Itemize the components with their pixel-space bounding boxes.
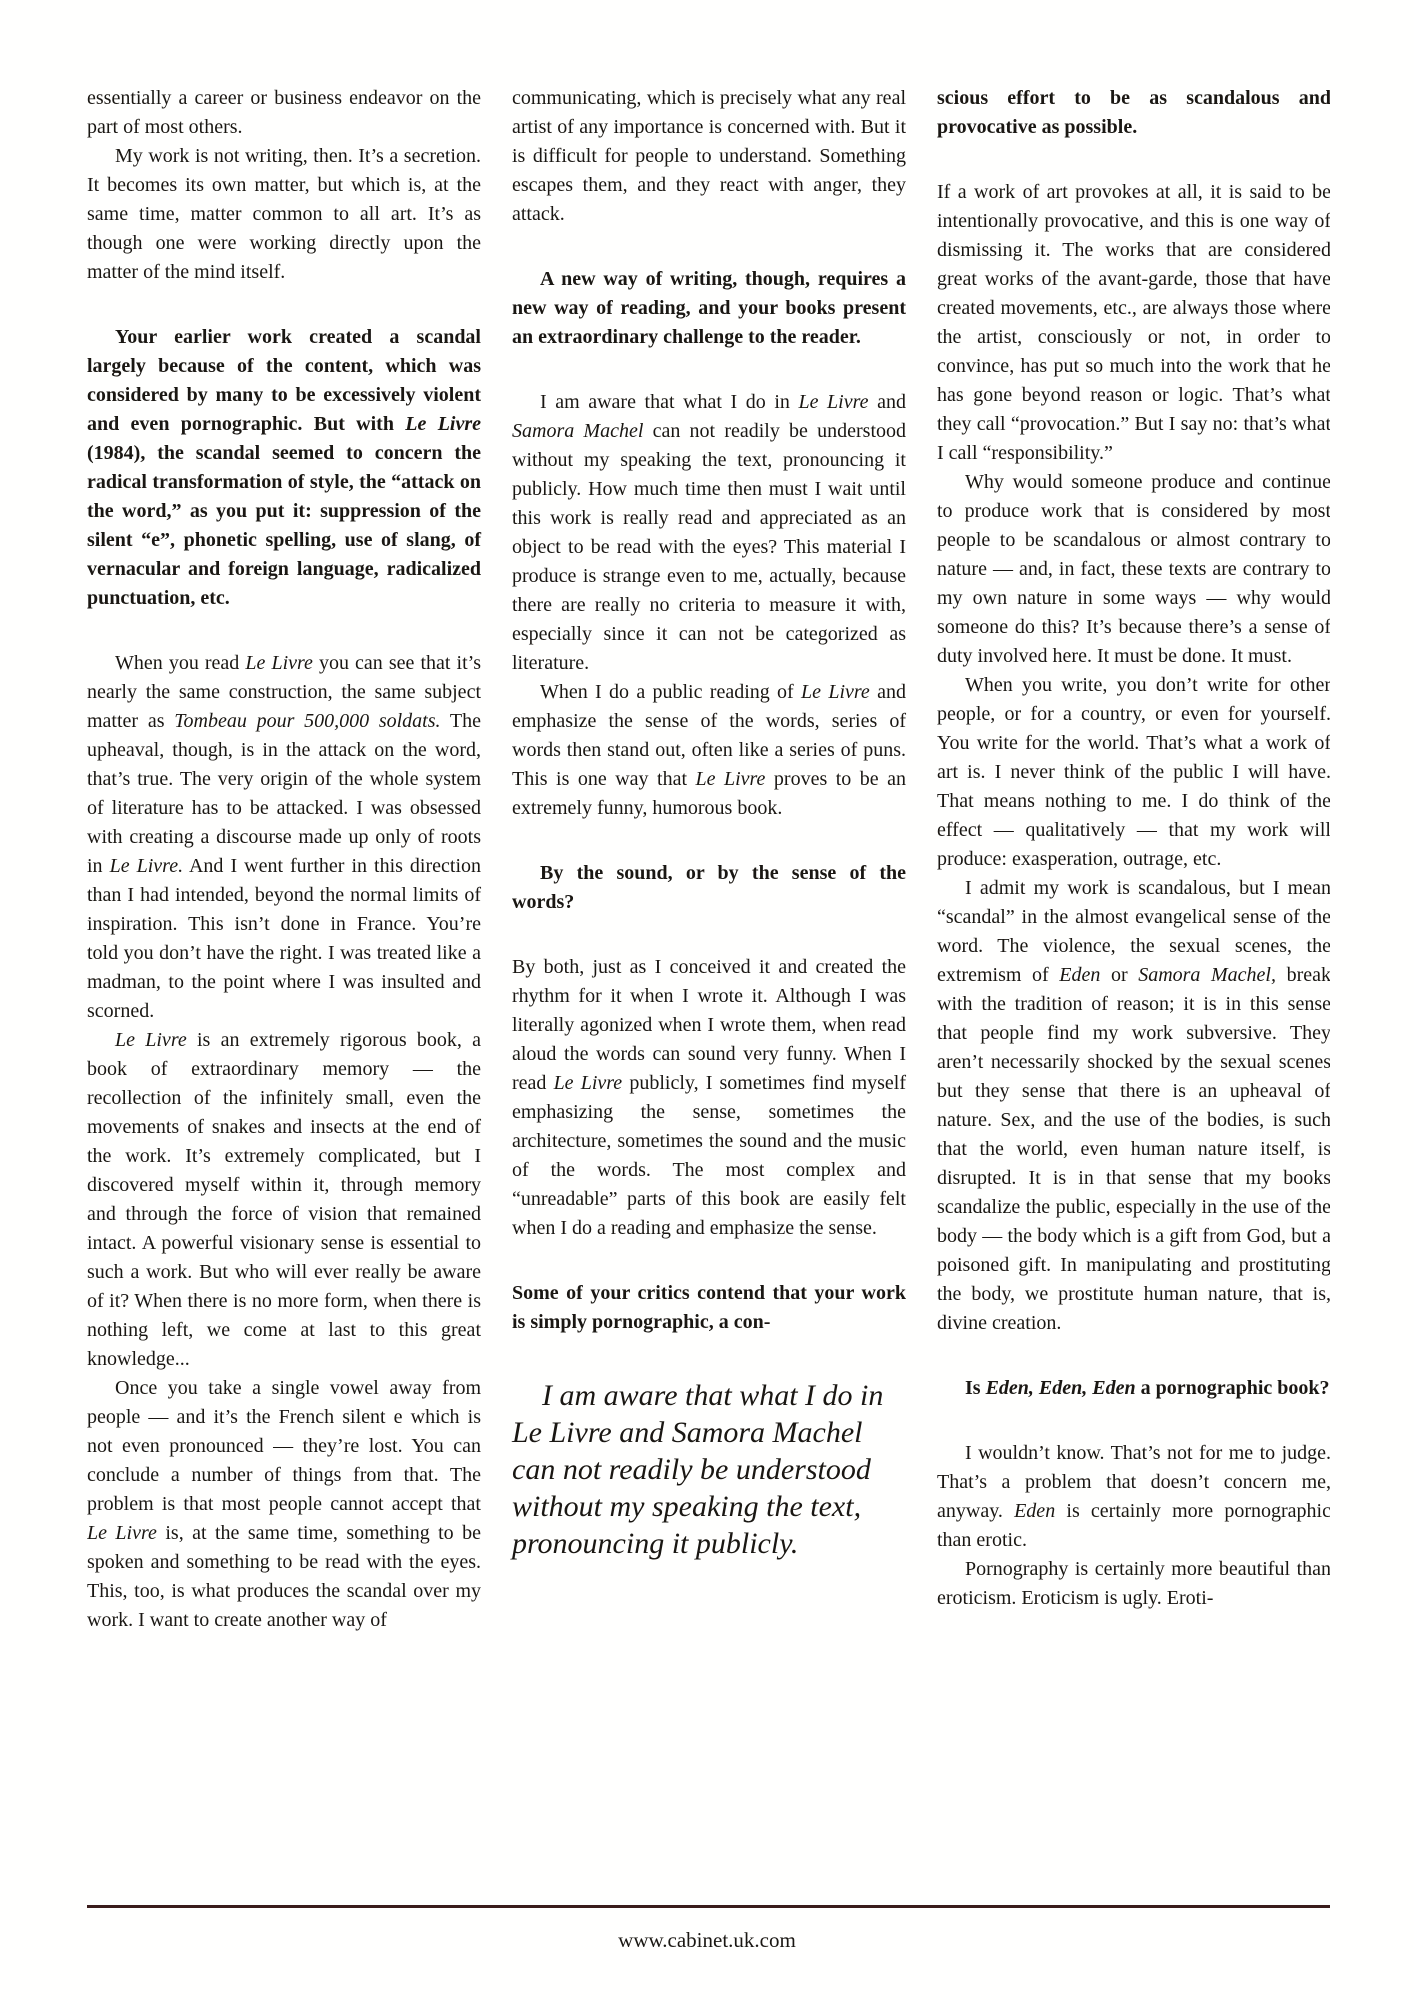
body-paragraph: When I do a public reading of Le Livre a… bbox=[512, 678, 906, 823]
text-column-left: essentially a career or business endeavo… bbox=[87, 84, 481, 1884]
text-column-right: scious effort to be as scandalous and pr… bbox=[937, 84, 1330, 1884]
body-paragraph: I am aware that what I do in Le Livre an… bbox=[512, 388, 906, 678]
body-paragraph: Once you take a single vowel away from p… bbox=[87, 1374, 481, 1635]
body-paragraph: Pornography is certainly more beautiful … bbox=[937, 1555, 1330, 1613]
interview-question: A new way of writing, though, requires a… bbox=[512, 265, 906, 352]
body-paragraph: I wouldn’t know. That’s not for me to ju… bbox=[937, 1439, 1330, 1555]
footer-url: www.cabinet.uk.com bbox=[0, 1928, 1414, 1953]
interview-question: By the sound, or by the sense of the wor… bbox=[512, 859, 906, 917]
pull-quote: I am aware that what I do in Le Livre an… bbox=[512, 1377, 906, 1562]
text-column-middle: communicating, which is precisely what a… bbox=[512, 84, 906, 1884]
body-paragraph: When you read Le Livre you can see that … bbox=[87, 649, 481, 1026]
body-paragraph: My work is not writing, then. It’s a sec… bbox=[87, 142, 481, 287]
body-paragraph: I admit my work is scandalous, but I mea… bbox=[937, 874, 1330, 1338]
footer-rule bbox=[87, 1905, 1330, 1908]
body-paragraph: Le Livre is an extremely rigorous book, … bbox=[87, 1026, 481, 1374]
interview-page: essentially a career or business endeavo… bbox=[0, 0, 1414, 2000]
body-paragraph: If a work of art provokes at all, it is … bbox=[937, 178, 1330, 468]
body-paragraph: Why would someone produce and continue t… bbox=[937, 468, 1330, 671]
interview-question: Your earlier work created a scandal larg… bbox=[87, 323, 481, 613]
interview-question: Is Eden, Eden, Eden a pornographic book? bbox=[937, 1374, 1330, 1403]
body-paragraph: When you write, you don’t write for othe… bbox=[937, 671, 1330, 874]
text-columns: essentially a career or business endeavo… bbox=[87, 84, 1330, 1884]
body-paragraph: communicating, which is precisely what a… bbox=[512, 84, 906, 229]
interview-question: scious effort to be as scandalous and pr… bbox=[937, 84, 1330, 142]
body-paragraph: essentially a career or business endeavo… bbox=[87, 84, 481, 142]
body-paragraph: By both, just as I conceived it and crea… bbox=[512, 953, 906, 1243]
interview-question: Some of your critics contend that your w… bbox=[512, 1279, 906, 1337]
